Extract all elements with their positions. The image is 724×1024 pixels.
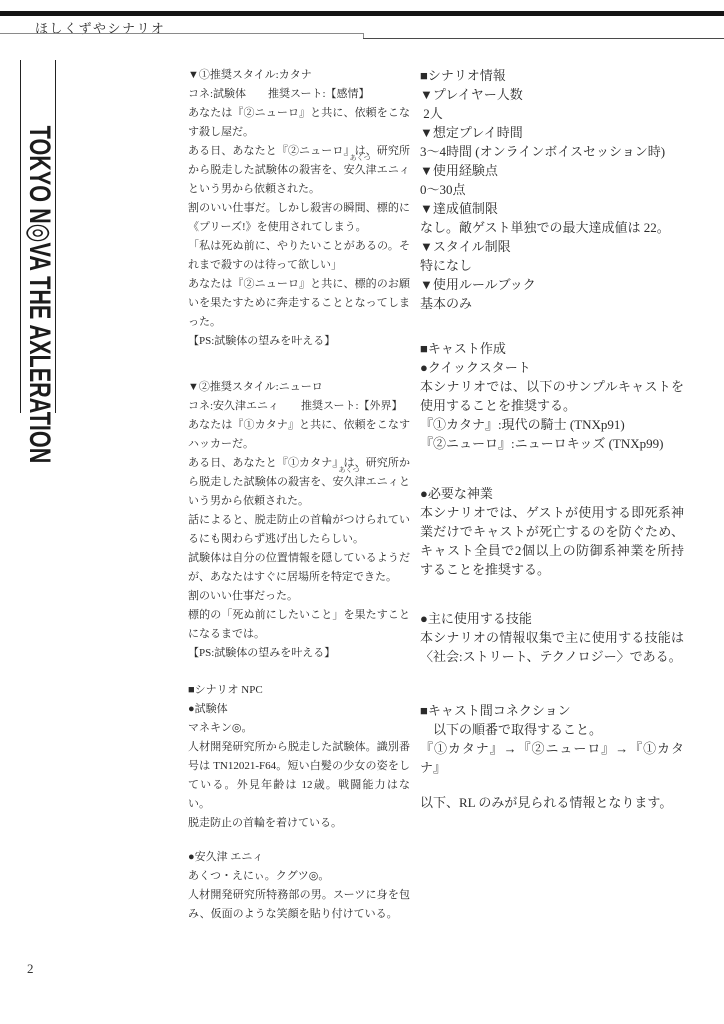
npc-testbody-desc: 人材開発研究所から脱走した試験体。識別番号は TN12021-F64。短い白髪の… [188, 738, 410, 814]
achievement-limit-value: なし。敵ゲスト単独での最大達成値は 22。 [420, 218, 684, 237]
style-1-ps: 【PS:試験体の望みを叶える】 [188, 332, 410, 351]
vertical-game-logo: TOKYO N◎VA THE AXLERATION [20, 60, 56, 413]
style-2-heading: ▼②推奨スタイル:ニューロ [188, 378, 410, 397]
achievement-limit-label: ▼達成値制限 [420, 199, 684, 218]
style-2-ps: 【PS:試験体の望みを叶える】 [188, 644, 410, 663]
game-logo-text: TOKYO N◎VA THE AXLERATION [23, 126, 55, 464]
style-2-comment: 割のいい仕事だった。 [188, 587, 410, 606]
style-2-target: 標的の「死ぬ前にしたいこと」を果たすことになるまでは。 [188, 606, 410, 644]
section-style-1-katana: ▼①推奨スタイル:カタナコネ:試験体 推奨スート:【感情】あなたは『②ニューロ』… [188, 66, 410, 351]
section-required-miracles: ●必要な神業本シナリオでは、ゲストが使用する即死系神業だけでキャストが死亡するの… [420, 484, 684, 579]
quick-start-text: 本シナリオでは、以下のサンプルキャストを使用することを推奨する。 [420, 377, 684, 415]
play-time-value: 3〜4時間 (オンラインボイスセッション時) [420, 142, 684, 161]
section-style-2-neuro: ▼②推奨スタイル:ニューロコネ:安久津エニィ 推奨スート:【外界】あなたは『①カ… [188, 378, 410, 663]
main-skills-text: 本シナリオの情報収集で主に使用する技能は〈社会:ストリート、テクノロジー〉である… [420, 628, 684, 666]
npc-testbody-class: マネキン◎。 [188, 719, 410, 738]
section-scenario-info: ■シナリオ情報▼プレイヤー人数 2人▼想定プレイ時間3〜4時間 (オンラインボイ… [420, 66, 684, 313]
exp-points-value: 0〜30点 [420, 180, 684, 199]
akutsu-reading-class: あくつ・えにぃ。クグツ◎。 [188, 867, 410, 886]
document-header-title: ほしくずやシナリオ [35, 18, 165, 37]
cast-connections-heading: ■キャスト間コネクション [420, 701, 684, 720]
main-skills-heading: ●主に使用する技能 [420, 609, 684, 628]
section-main-skills: ●主に使用する技能本シナリオの情報収集で主に使用する技能は〈社会:ストリート、テ… [420, 609, 684, 666]
required-miracles-text: 本シナリオでは、ゲストが使用する即死系神業だけでキャストが死亡するのを防ぐため、… [420, 503, 684, 579]
required-miracles-heading: ●必要な神業 [420, 484, 684, 503]
rulebook-value: 基本のみ [420, 294, 684, 313]
style-2-connection-suit: コネ:安久津エニィ 推奨スート:【外界】 [188, 397, 410, 416]
player-count-value: 2人 [420, 104, 684, 123]
style-1-intro: あなたは『②ニューロ』と共に、依頼をこなす殺し屋だ。 [188, 104, 410, 142]
style-2-tracking: 試験体は自分の位置情報を隠しているようだが、あなたはすぐに居場所を特定できた。 [188, 549, 410, 587]
exp-points-label: ▼使用経験点 [420, 161, 684, 180]
style-1-quote: 「私は死ぬ前に、やりたいことがあるの。それまで殺すのは待って欲しい」 [188, 237, 410, 275]
furigana-annotated-name: 安久津あくつ [344, 161, 377, 180]
play-time-label: ▼想定プレイ時間 [420, 123, 684, 142]
cast-connections-instruction: 以下の順番で取得すること。 [420, 720, 684, 739]
cast-creation-heading: ■キャスト作成 [420, 339, 684, 358]
style-limit-label: ▼スタイル制限 [420, 237, 684, 256]
cast-connections-order: 『①カタナ』→『②ニューロ』→『①カタナ』 [420, 739, 684, 777]
scenario-info-heading: ■シナリオ情報 [420, 66, 684, 85]
style-2-briefing: ある日、あなたと『①カタナ』は、研究所から脱走した試験体の殺害を、安久津あくつエ… [188, 454, 410, 511]
akutsu-heading: ●安久津 エニィ [188, 848, 410, 867]
section-scenario-npc: ■シナリオ NPC●試験体マネキン◎。人材開発研究所から脱走した試験体。識別番号… [188, 681, 410, 833]
npc-testbody-heading: ●試験体 [188, 700, 410, 719]
section-rl-note: 以下、RL のみが見られる情報となります。 [420, 793, 684, 812]
player-count-label: ▼プレイヤー人数 [420, 85, 684, 104]
rl-only-note: 以下、RL のみが見られる情報となります。 [420, 793, 684, 812]
npc-testbody-collar: 脱走防止の首輪を着けている。 [188, 814, 410, 833]
akutsu-desc: 人材開発研究所特務部の男。スーツに身を包み、仮面のような笑顔を貼り付けている。 [188, 886, 410, 924]
rulebook-label: ▼使用ルールブック [420, 275, 684, 294]
furigana-annotated-name: 安久津あくつ [333, 473, 366, 492]
style-1-connection-suit: コネ:試験体 推奨スート:【感情】 [188, 85, 410, 104]
section-cast-creation: ■キャスト作成●クイックスタート本シナリオでは、以下のサンプルキャストを使用する… [420, 339, 684, 453]
section-cast-connections: ■キャスト間コネクション 以下の順番で取得すること。『①カタナ』→『②ニューロ』… [420, 701, 684, 777]
column-right: ■シナリオ情報▼プレイヤー人数 2人▼想定プレイ時間3〜4時間 (オンラインボイ… [420, 0, 684, 1024]
page-number: 2 [27, 961, 34, 977]
style-1-heading: ▼①推奨スタイル:カタナ [188, 66, 410, 85]
column-left: ▼①推奨スタイル:カタナコネ:試験体 推奨スート:【感情】あなたは『②ニューロ』… [188, 0, 410, 1024]
section-akutsu-enii: ●安久津 エニィあくつ・えにぃ。クグツ◎。人材開発研究所特務部の男。スーツに身を… [188, 848, 410, 924]
style-1-outcome: あなたは『②ニューロ』と共に、標的のお願いを果たすために奔走することとなってしま… [188, 275, 410, 332]
sample-cast-neuro: 『②ニューロ』:ニューロキッズ (TNXp99) [420, 434, 684, 453]
sample-cast-katana: 『①カタナ』:現代の騎士 (TNXp91) [420, 415, 684, 434]
style-1-briefing: ある日、あなたと『②ニューロ』は、研究所から脱走した試験体の殺害を、安久津あくつ… [188, 142, 410, 199]
scenario-document-page: ほしくずやシナリオ TOKYO N◎VA THE AXLERATION ▼①推奨… [0, 0, 724, 1024]
style-2-rumor: 話によると、脱走防止の首輪がつけられているにも関わらず逃げ出したらしい。 [188, 511, 410, 549]
quick-start-heading: ●クイックスタート [420, 358, 684, 377]
style-2-intro: あなたは『①カタナ』と共に、依頼をこなすハッカーだ。 [188, 416, 410, 454]
style-limit-value: 特になし [420, 256, 684, 275]
npc-heading: ■シナリオ NPC [188, 681, 410, 700]
style-1-twist: 割のいい仕事だ。しかし殺害の瞬間、標的に《プリーズ!》を使用されてしまう。 [188, 199, 410, 237]
